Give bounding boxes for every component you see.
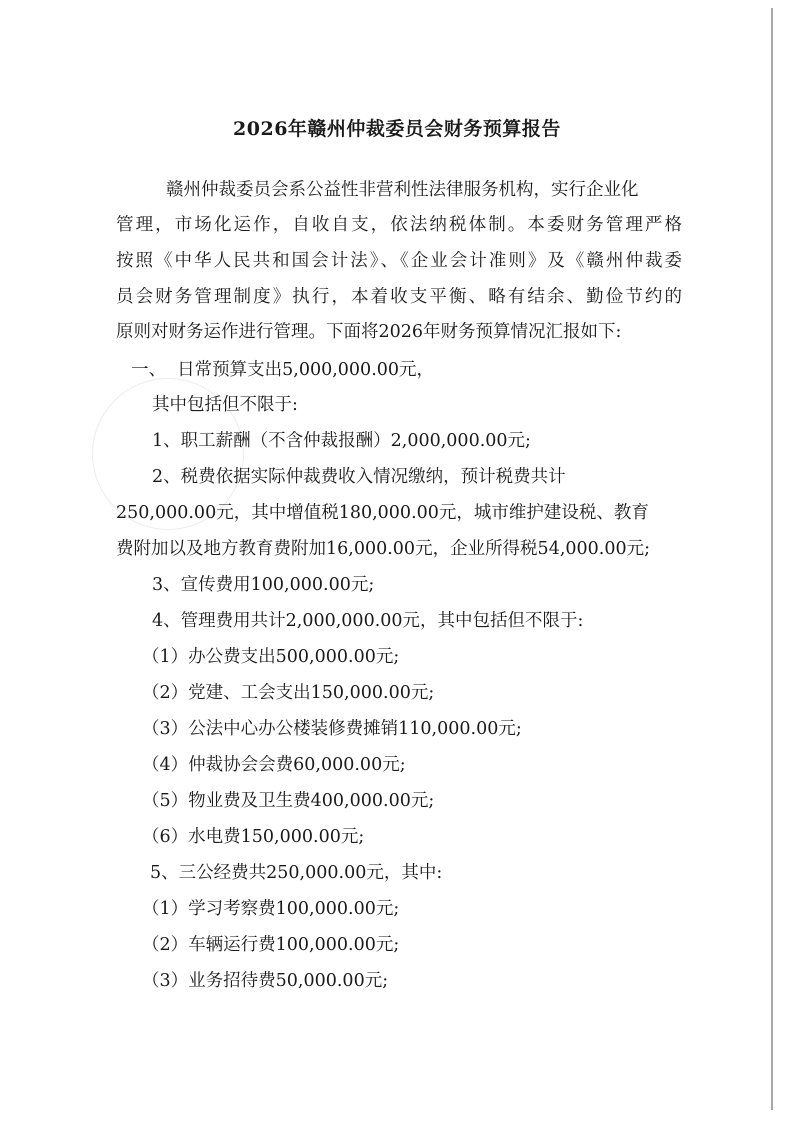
item-5-sub-2: （2）车辆运行费100,000.00元; [142, 933, 399, 957]
item-5-sub-3: （3）业务招待费50,000.00元; [142, 969, 388, 993]
document-title: 2026年赣州仲裁委员会财务预算报告 [0, 114, 794, 141]
intro-line-4: 员会财务管理制度》执行，本着收支平衡、略有结余、勤俭节约的 [116, 285, 682, 309]
intro-line-3: 按照《中华人民共和国会计法》、《企业会计准则》及《赣州仲裁委 [116, 249, 682, 273]
page-edge-line [771, 8, 773, 1110]
item-1-salary: 1、职工薪酬（不含仲裁报酬）2,000,000.00元; [152, 429, 531, 453]
item-4-sub-3: （3）公法中心办公楼装修费摊销110,000.00元; [142, 717, 522, 741]
intro-line-5: 原则对财务运作进行管理。下面将2026年财务预算情况汇报如下: [116, 320, 682, 344]
item-4-sub-2: （2）党建、工会支出150,000.00元; [142, 681, 434, 705]
item-4-sub-1: （1）办公费支出500,000.00元; [142, 645, 399, 669]
item-4-management: 4、管理费用共计2,000,000.00元，其中包括但不限于: [152, 609, 583, 633]
item-4-sub-4: （4）仲裁协会会费60,000.00元; [142, 753, 406, 777]
document-page: 2026年赣州仲裁委员会财务预算报告 赣州仲裁委员会系公益性非营利性法律服务机构… [0, 0, 794, 1123]
item-2-tax-line-3: 费附加以及地方教育费附加16,000.00元，企业所得税54,000.00元; [116, 537, 682, 561]
intro-line-1: 赣州仲裁委员会系公益性非营利性法律服务机构，实行企业化 [166, 178, 682, 202]
section-one-subheading: 其中包括但不限于: [152, 393, 298, 417]
item-4-sub-6: （6）水电费150,000.00元; [142, 825, 364, 849]
intro-line-2: 管理，市场化运作，自收自支，依法纳税体制。本委财务管理严格 [116, 213, 682, 237]
item-5-three-public: 5、三公经费共250,000.00元，其中: [150, 861, 442, 885]
item-3-publicity: 3、宣传费用100,000.00元; [152, 573, 374, 597]
item-4-sub-5: （5）物业费及卫生费400,000.00元; [142, 789, 434, 813]
item-2-tax-line-1: 2、税费依据实际仲裁费收入情况缴纳，预计税费共计 [152, 465, 682, 489]
item-5-sub-1: （1）学习考察费100,000.00元; [142, 897, 399, 921]
section-one-heading: 一、 日常预算支出5,000,000.00元， [131, 358, 434, 382]
item-2-tax-line-2: 250,000.00元，其中增值税180,000.00元，城市维护建设税、教育 [116, 501, 682, 525]
